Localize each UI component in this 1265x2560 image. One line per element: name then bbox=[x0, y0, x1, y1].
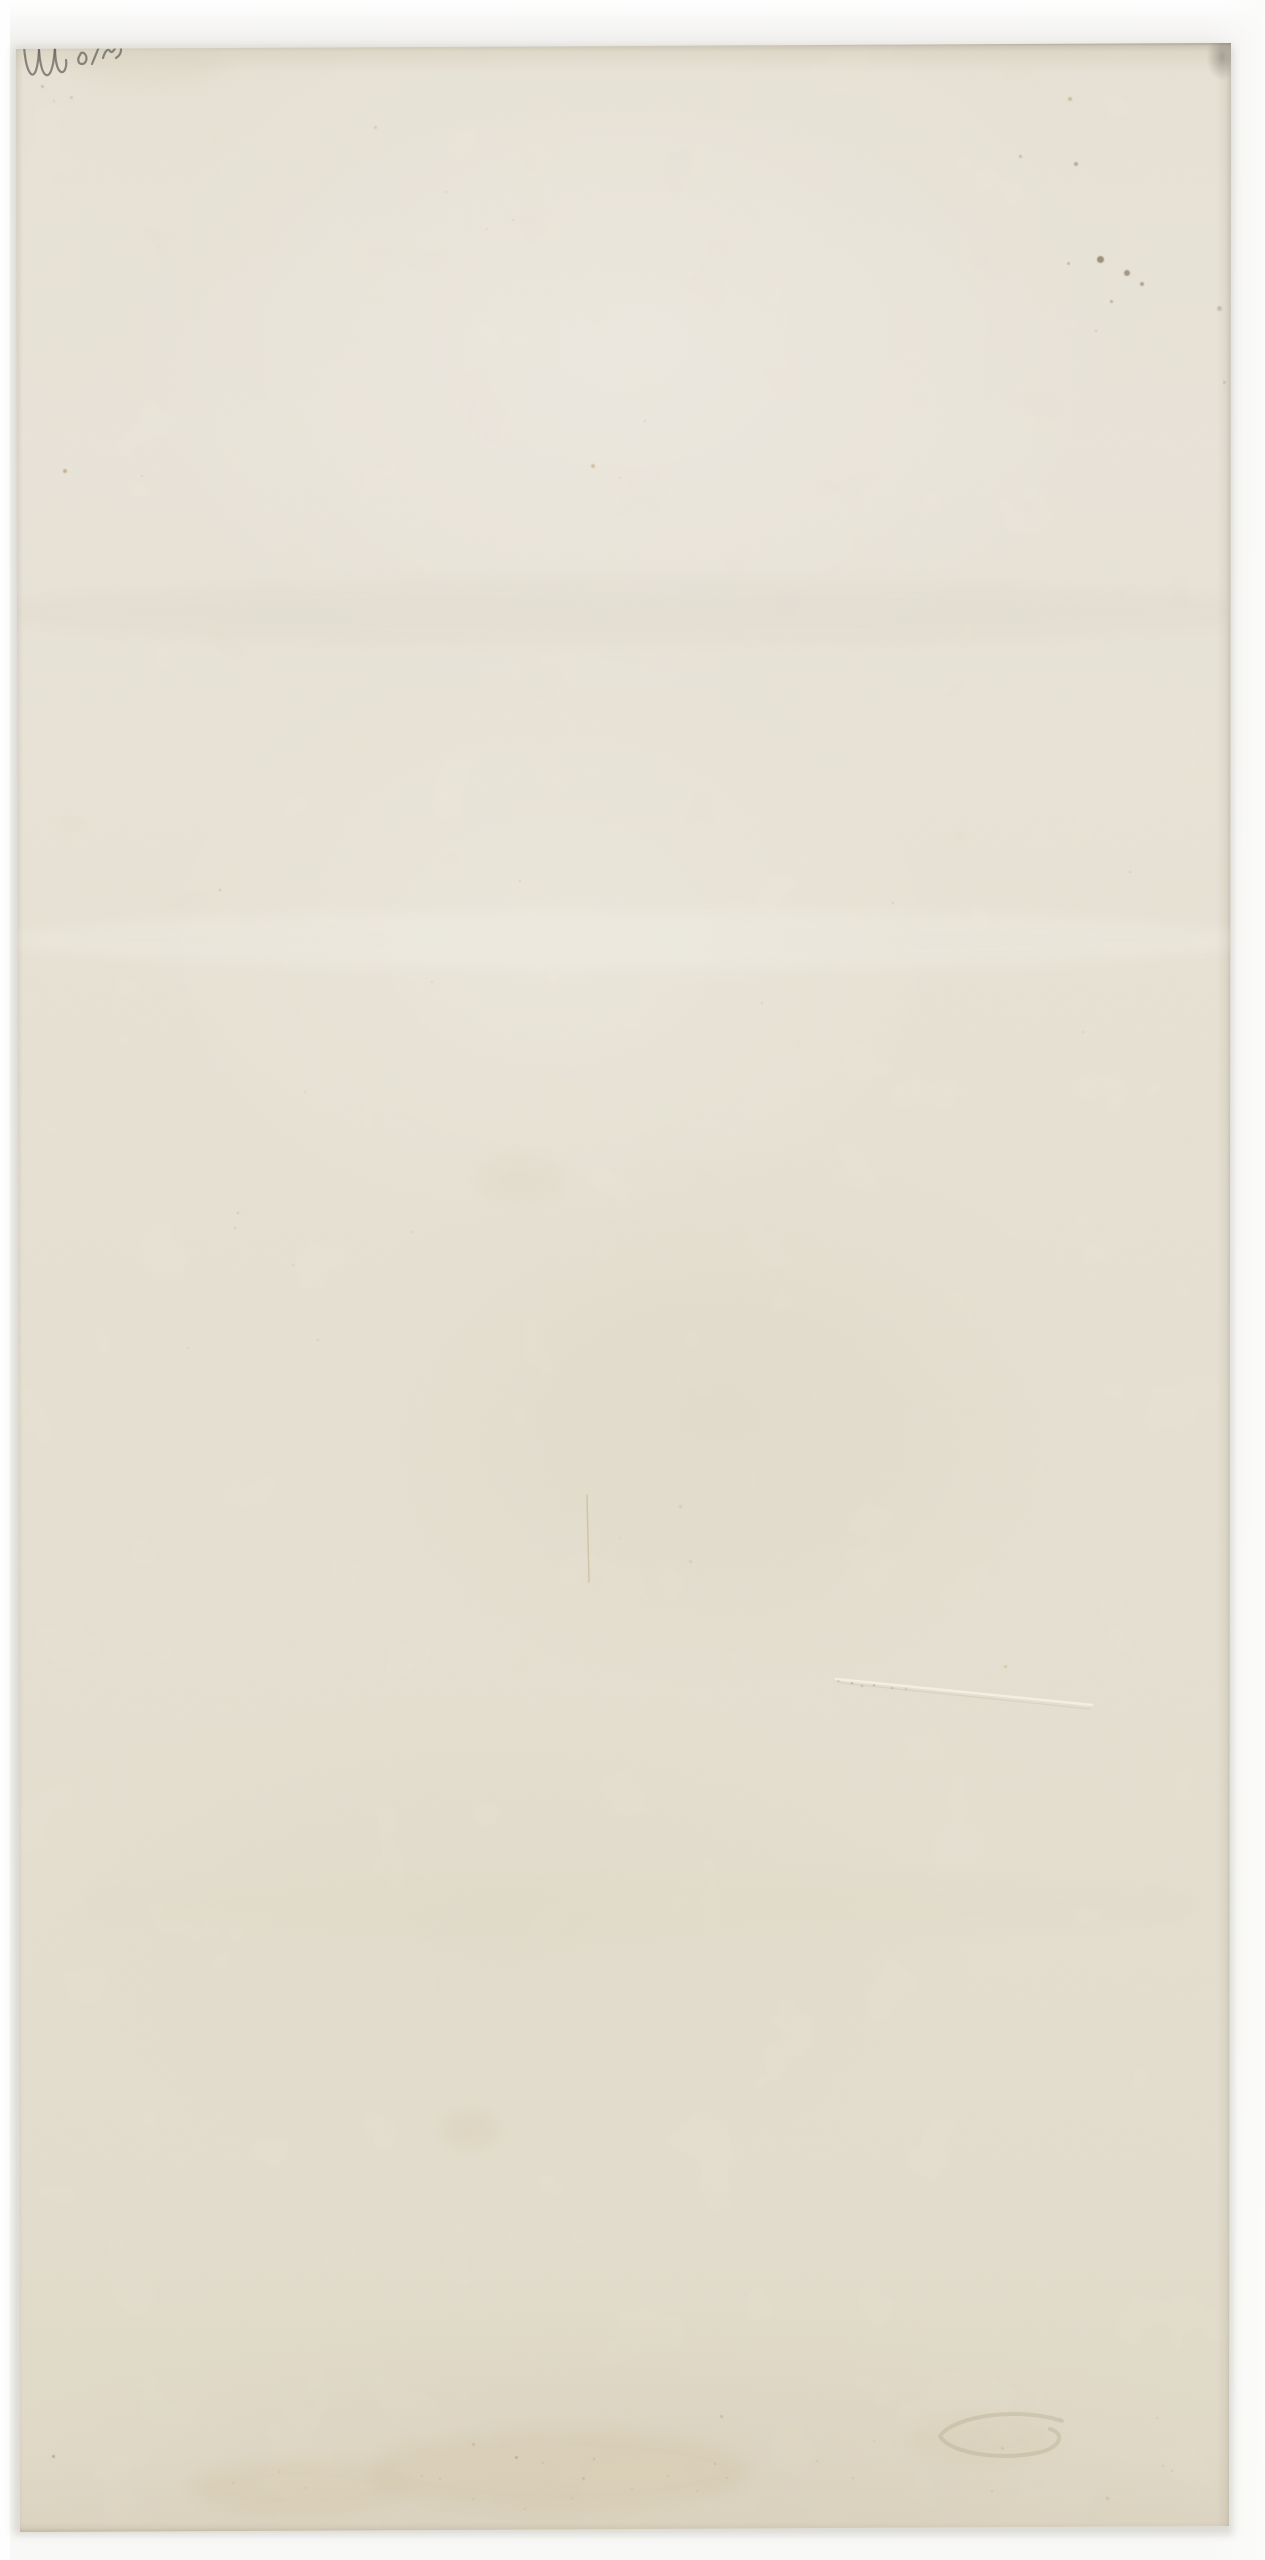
backing-white-strip bbox=[0, 0, 10, 2560]
scan-background bbox=[0, 0, 1265, 2560]
paper-sheet bbox=[16, 43, 1231, 2532]
paper-grain-texture bbox=[16, 43, 1231, 2532]
